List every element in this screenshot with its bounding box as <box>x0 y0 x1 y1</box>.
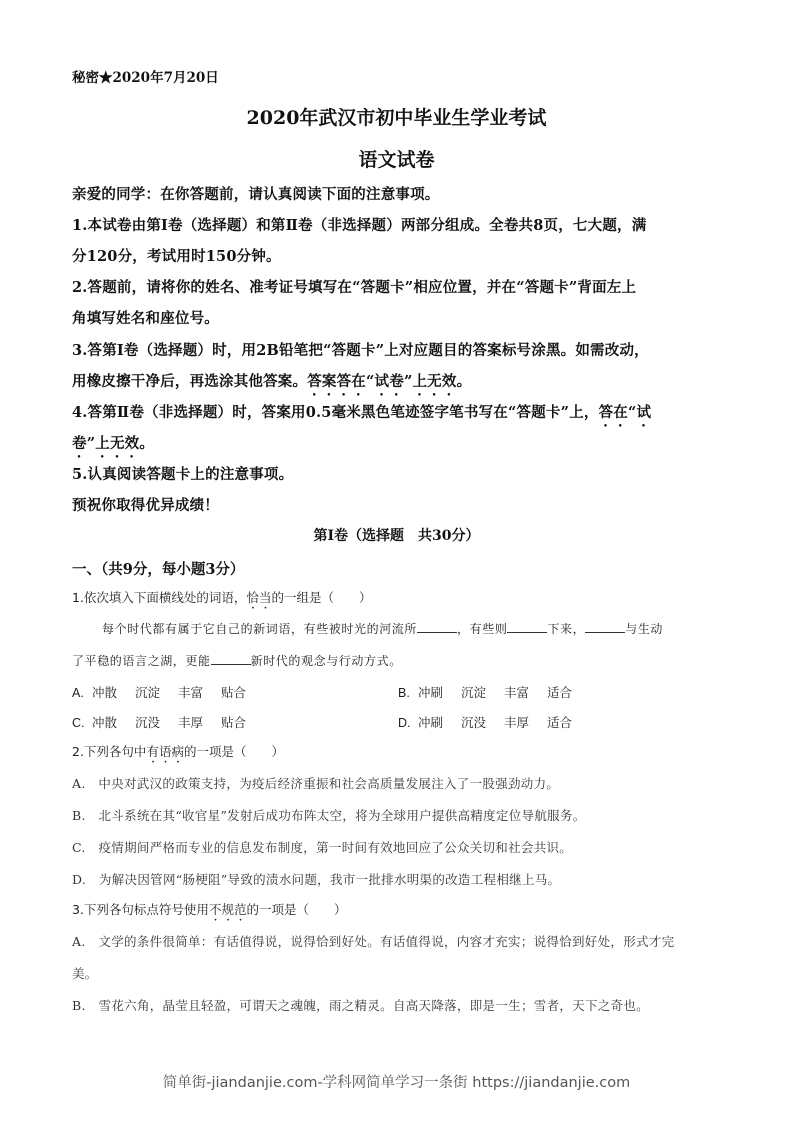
question-3-choice-a-line-2: 美。 <box>72 964 98 982</box>
question-1-option-b: B. 冲刷沉淀丰富适合 <box>398 683 590 701</box>
notice-item-4-plain: 4.答第Ⅱ卷（非选择题）时，答案用0.5毫米黑色笔迹签字笔书写在“答题卡”上， <box>72 404 599 421</box>
passage-text: 每个时代都有属于它自己的新词语，有些被时光的河流所 <box>102 622 417 636</box>
option-word: 冲散 <box>92 683 117 701</box>
option-word: 沉淀 <box>461 683 486 701</box>
option-word: 适合 <box>547 713 572 731</box>
question-3-stem: 3.下列各句标点符号使用不规范的一项是（ ） <box>72 900 346 924</box>
fill-blank-4 <box>211 652 251 665</box>
question-3-stem-pre: 3.下列各句标点符号使用 <box>72 902 209 917</box>
notice-item-3-line-2: 用橡皮擦干净后，再选涂其他答案。答案答在“试卷”上无效。 <box>72 370 471 399</box>
notice-item-1-line-1: 1.本试卷由第Ⅰ卷（选择题）和第Ⅱ卷（非选择题）两部分组成。全卷共8页，七大题，… <box>72 214 646 235</box>
notice-item-2-line-1: 2.答题前，请将你的姓名、准考证号填写在“答题卡”相应位置，并在“答题卡”背面左… <box>72 276 636 297</box>
confidential-date-line: 秘密★2020年7月20日 <box>72 66 219 86</box>
question-2-stem-pre: 2.下列各句中 <box>72 744 146 759</box>
question-2-stem-emphasis: 有语病 <box>146 744 184 759</box>
question-1-passage-line-2: 了平稳的语言之湖，更能新时代的观念与行动方式。 <box>72 652 402 669</box>
option-word: 冲刷 <box>418 683 443 701</box>
notice-item-2-line-2: 角填写姓名和座位号。 <box>72 307 219 328</box>
question-3-stem-emphasis: 不规范 <box>209 902 247 917</box>
question-1-option-c: C. 冲散沉没丰厚贴合 <box>72 713 264 731</box>
option-word: 丰厚 <box>504 713 529 731</box>
question-2-choice-d: D. 为解决因管网“肠梗阻”导致的渍水问题，我市一批排水明渠的改造工程相继上马。 <box>72 870 560 888</box>
option-word: 贴合 <box>221 683 246 701</box>
option-word: 丰富 <box>178 683 203 701</box>
question-3-choice-b: B. 雪花六角，晶莹且轻盈，可谓天之魂魄，雨之精灵。自高天降落，即是一生；雪者，… <box>72 996 649 1014</box>
footer-watermark: 简单街-jiandanjie.com-学科网简单学习一条街 https://ji… <box>0 1071 793 1092</box>
option-word: 丰厚 <box>178 713 203 731</box>
fill-blank-1 <box>417 620 457 633</box>
exam-subtitle: 语文试卷 <box>0 145 793 172</box>
notice-item-5: 5.认真阅读答题卡上的注意事项。 <box>72 463 293 484</box>
notice-item-1-line-2: 分120分，考试用时150分钟。 <box>72 245 281 266</box>
question-3-choice-a-line-1: A. 文学的条件很简单：有话值得说，说得恰到好处。有话值得说，内容才充实；说得恰… <box>72 932 674 950</box>
question-2-stem-post: 的一项是（ ） <box>184 744 284 759</box>
notice-item-4-line-2: 卷”上无效。 <box>72 432 154 461</box>
notice-item-4-line-1: 4.答第Ⅱ卷（非选择题）时，答案用0.5毫米黑色笔迹签字笔书写在“答题卡”上，答… <box>72 401 651 430</box>
notice-item-4-emphasis-a: 答在“试 <box>599 404 652 421</box>
part-heading: 一、（共9分，每小题3分） <box>72 558 244 579</box>
exam-title: 2020年武汉市初中毕业生学业考试 <box>0 103 793 130</box>
fill-blank-3 <box>585 620 625 633</box>
notice-intro: 亲爱的同学：在你答题前，请认真阅读下面的注意事项。 <box>72 183 440 204</box>
exam-page: 秘密★2020年7月20日 2020年武汉市初中毕业生学业考试 语文试卷 亲爱的… <box>0 0 793 1122</box>
notice-wish: 预祝你取得优异成绩！ <box>72 494 219 515</box>
question-1-stem: 1.依次填入下面横线处的词语，恰当的一组是（ ） <box>72 588 371 612</box>
option-word: 贴合 <box>221 713 246 731</box>
notice-item-3-plain: 用橡皮擦干净后，再选涂其他答案。 <box>72 373 307 390</box>
question-1-stem-post: 的一组是（ ） <box>271 590 371 605</box>
option-word: 冲刷 <box>418 713 443 731</box>
option-label: D. <box>398 716 414 730</box>
option-label: C. <box>72 716 88 730</box>
option-word: 适合 <box>547 683 572 701</box>
option-word: 丰富 <box>504 683 529 701</box>
passage-text: 了平稳的语言之湖，更能 <box>72 654 211 668</box>
question-1-option-a: A. 冲散沉淀丰富贴合 <box>72 683 264 701</box>
question-2-choice-a: A. 中央对武汉的政策支持，为疫后经济重振和社会高质量发展注入了一股强劲动力。 <box>72 774 559 792</box>
question-2-stem: 2.下列各句中有语病的一项是（ ） <box>72 742 284 766</box>
passage-text: 与生动 <box>625 622 663 636</box>
question-1-passage-line-1: 每个时代都有属于它自己的新词语，有些被时光的河流所，有些则下来，与生动 <box>102 620 663 637</box>
question-2-choice-c: C. 疫情期间严格而专业的信息发布制度，第一时间有效地回应了公众关切和社会共识。 <box>72 838 572 856</box>
option-word: 沉没 <box>461 713 486 731</box>
option-word: 沉没 <box>135 713 160 731</box>
option-label: A. <box>72 686 88 700</box>
option-label: B. <box>398 686 414 700</box>
fill-blank-2 <box>507 620 547 633</box>
passage-text: 下来， <box>547 622 585 636</box>
question-1-stem-pre: 1.依次填入下面横线处的词语， <box>72 590 246 605</box>
notice-item-4-emphasis-b: 卷”上无效。 <box>72 435 154 452</box>
question-2-choice-b: B. 北斗系统在其“收官星”发射后成功布阵太空，将为全球用户提供高精度定位导航服… <box>72 806 586 824</box>
question-1-stem-emphasis: 恰当 <box>246 590 271 605</box>
question-3-stem-post: 的一项是（ ） <box>246 902 346 917</box>
section-title: 第Ⅰ卷（选择题 共30分） <box>0 525 793 545</box>
passage-text: ，有些则 <box>457 622 507 636</box>
notice-item-3-line-1: 3.答第Ⅰ卷（选择题）时，用2B铅笔把“答题卡”上对应题目的答案标号涂黑。如需改… <box>72 339 649 360</box>
notice-item-3-emphasis: 答案答在“试卷”上无效。 <box>307 373 471 390</box>
passage-text: 新时代的观念与行动方式。 <box>251 654 402 668</box>
option-word: 沉淀 <box>135 683 160 701</box>
question-1-option-d: D. 冲刷沉没丰厚适合 <box>398 713 590 731</box>
option-word: 冲散 <box>92 713 117 731</box>
